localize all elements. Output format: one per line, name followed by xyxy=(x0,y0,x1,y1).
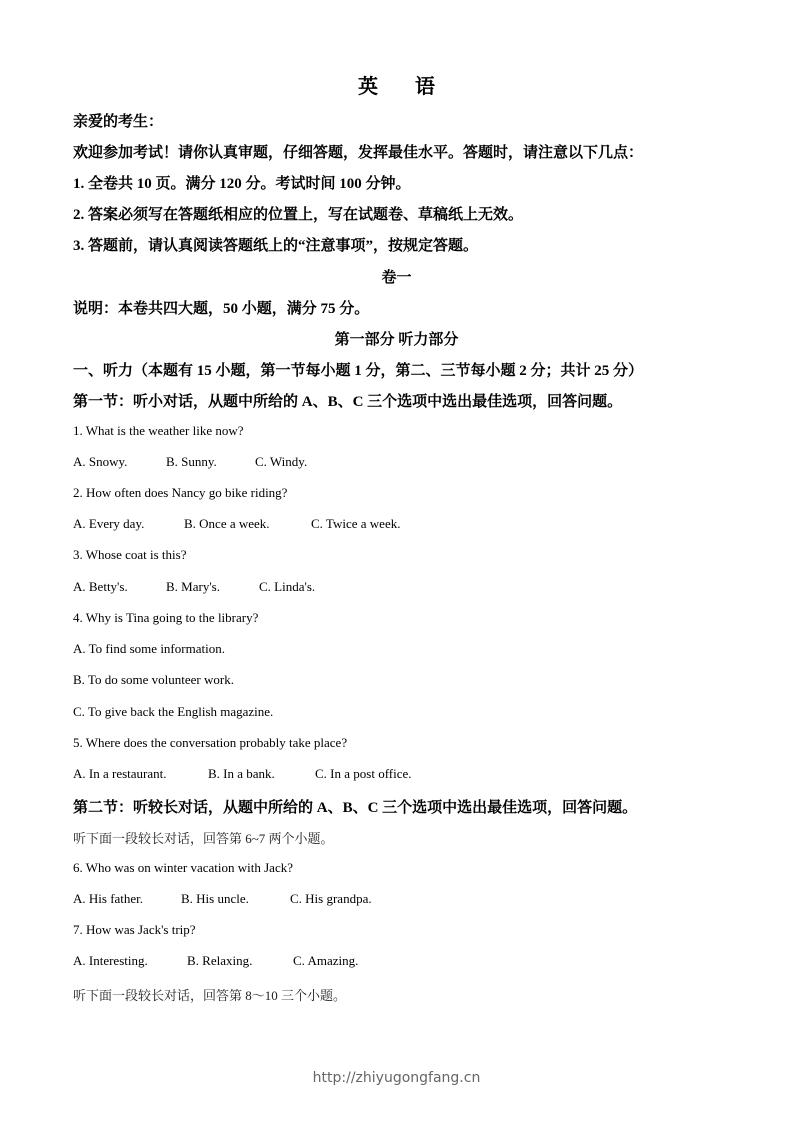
question-3: 3. Whose coat is this? xyxy=(73,547,187,563)
option-c: C. Amazing. xyxy=(293,953,358,969)
question-3-options: A. Betty's.B. Mary's.C. Linda's. xyxy=(73,579,315,595)
option-b: B. Sunny. xyxy=(166,454,255,470)
subsection-2-heading: 第二节：听较长对话，从题中所给的 A、B、C 三个选项中选出最佳选项，回答问题。 xyxy=(73,796,637,817)
option-b: B. Relaxing. xyxy=(187,953,293,969)
question-7: 7. How was Jack's trip? xyxy=(73,922,196,938)
question-4: 4. Why is Tina going to the library? xyxy=(73,610,258,626)
volume-title: 卷一 xyxy=(0,266,793,287)
option-a: A. Interesting. xyxy=(73,953,187,969)
option-c: C. Twice a week. xyxy=(311,516,400,532)
question-5-options: A. In a restaurant.B. In a bank.C. In a … xyxy=(73,766,412,782)
question-2-options: A. Every day.B. Once a week.C. Twice a w… xyxy=(73,516,400,532)
instruction-6-7: 听下面一段较长对话，回答第 6~7 两个小题。 xyxy=(73,828,334,847)
volume-note: 说明：本卷共四大题，50 小题，满分 75 分。 xyxy=(73,297,369,318)
question-7-options: A. Interesting.B. Relaxing.C. Amazing. xyxy=(73,953,358,969)
question-1-options: A. Snowy.B. Sunny.C. Windy. xyxy=(73,454,307,470)
page-title: 英 语 xyxy=(0,70,793,99)
question-2: 2. How often does Nancy go bike riding? xyxy=(73,485,287,501)
question-6: 6. Who was on winter vacation with Jack? xyxy=(73,860,293,876)
option-a: A. Betty's. xyxy=(73,579,166,595)
option-a: A. His father. xyxy=(73,891,181,907)
footer-url[interactable]: http://zhiyugongfang.cn xyxy=(0,1070,793,1086)
part-title: 第一部分 听力部分 xyxy=(0,328,793,349)
question-4-option-a: A. To find some information. xyxy=(73,641,225,657)
note-1: 1. 全卷共 10 页。满分 120 分。考试时间 100 分钟。 xyxy=(73,172,411,193)
option-c: C. Windy. xyxy=(255,454,307,470)
option-a: A. In a restaurant. xyxy=(73,766,208,782)
option-a: A. Every day. xyxy=(73,516,184,532)
option-c: C. In a post office. xyxy=(315,766,412,782)
note-2: 2. 答案必须写在答题纸相应的位置上，写在试题卷、草稿纸上无效。 xyxy=(73,203,523,224)
option-b: B. His uncle. xyxy=(181,891,290,907)
option-a: A. Snowy. xyxy=(73,454,166,470)
section-heading: 一、听力（本题有 15 小题，第一节每小题 1 分，第二、三节每小题 2 分；共… xyxy=(73,359,643,380)
option-b: B. Mary's. xyxy=(166,579,259,595)
question-4-option-b: B. To do some volunteer work. xyxy=(73,672,234,688)
option-c: C. His grandpa. xyxy=(290,891,372,907)
instruction-8-10: 听下面一段较长对话，回答第 8～10 三个小题。 xyxy=(73,985,346,1004)
option-b: B. In a bank. xyxy=(208,766,315,782)
greeting: 亲爱的考生： xyxy=(73,110,163,131)
question-1: 1. What is the weather like now? xyxy=(73,423,244,439)
question-5: 5. Where does the conversation probably … xyxy=(73,735,347,751)
option-c: C. Linda's. xyxy=(259,579,315,595)
question-6-options: A. His father.B. His uncle.C. His grandp… xyxy=(73,891,372,907)
note-3: 3. 答题前，请认真阅读答题纸上的“注意事项”，按规定答题。 xyxy=(73,234,478,255)
option-b: B. Once a week. xyxy=(184,516,311,532)
question-4-option-c: C. To give back the English magazine. xyxy=(73,704,273,720)
welcome-text: 欢迎参加考试！请你认真审题，仔细答题，发挥最佳水平。答题时，请注意以下几点： xyxy=(73,141,643,162)
subsection-1-heading: 第一节：听小对话，从题中所给的 A、B、C 三个选项中选出最佳选项，回答问题。 xyxy=(73,390,622,411)
